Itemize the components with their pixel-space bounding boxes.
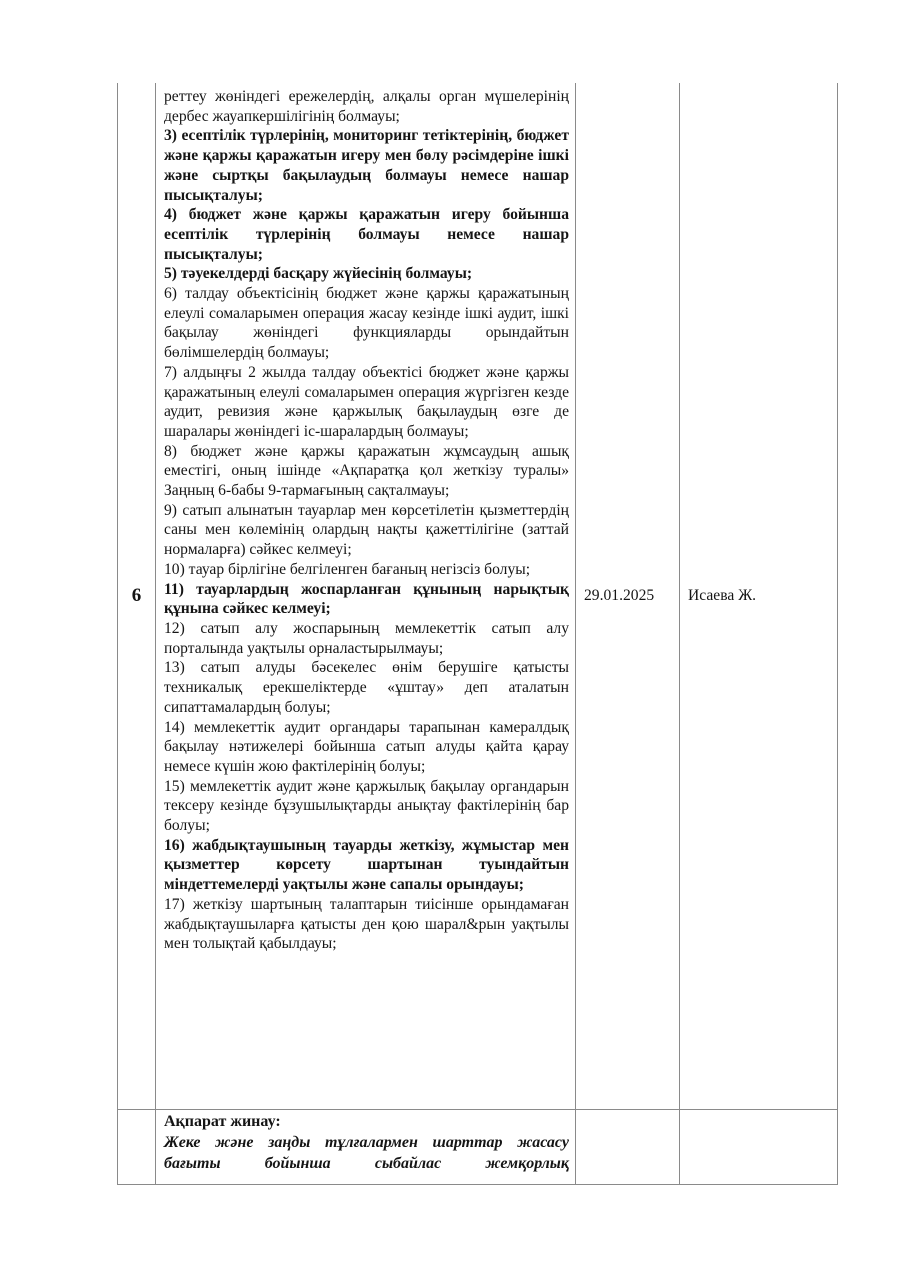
info-collection-cell: Ақпарат жинау: Жеке және заңды тұлғаларм…	[156, 1110, 576, 1185]
risk-factors-cell: реттеу жөніндегі ережелердің, алқалы орг…	[156, 83, 576, 1110]
risk-factor-item: 5) тәуекелдерді басқару жүйесінің болмау…	[164, 264, 569, 284]
risk-factor-item: 6) талдау объектісінің бюджет және қаржы…	[164, 284, 569, 363]
risk-factor-item: 7) алдыңғы 2 жылда талдау объектісі бюдж…	[164, 363, 569, 442]
responsible-cell-empty	[680, 1110, 838, 1185]
section-heading: Ақпарат жинау:	[164, 1112, 569, 1132]
risk-factor-item: 17) жеткізу шартының талаптарын тиісінше…	[164, 895, 569, 954]
risk-factor-item: 11) тауарлардың жоспарланған құнының нар…	[164, 580, 569, 619]
risk-factor-item: реттеу жөніндегі ережелердің, алқалы орг…	[164, 87, 569, 126]
risk-table: 6 реттеу жөніндегі ережелердің, алқалы о…	[117, 83, 838, 1185]
section-subheading: Жеке және заңды тұлғалармен шарттар жаса…	[164, 1132, 569, 1174]
risk-factor-item: 3) есептілік түрлерінің, мониторинг теті…	[164, 126, 569, 205]
risk-factor-item: 12) сатып алу жоспарының мемлекеттік сат…	[164, 619, 569, 658]
row-number-empty	[118, 1110, 156, 1185]
risk-factor-item: 13) сатып алуды бәсекелес өнім берушіге …	[164, 658, 569, 717]
date-cell: 29.01.2025	[576, 83, 680, 1110]
risk-factor-item: 16) жабдықтаушының тауарды жеткізу, жұмы…	[164, 836, 569, 895]
risk-factor-item: 9) сатып алынатын тауарлар мен көрсетіле…	[164, 501, 569, 560]
date-cell-empty	[576, 1110, 680, 1185]
risk-factor-item: 4) бюджет және қаржы қаражатын игеру бой…	[164, 205, 569, 264]
risk-factor-item: 15) мемлекеттік аудит және қаржылық бақы…	[164, 777, 569, 836]
table-row: 6 реттеу жөніндегі ережелердің, алқалы о…	[118, 83, 838, 1110]
row-number: 6	[118, 83, 156, 1110]
risk-factor-item: 8) бюджет және қаржы қаражатын жұмсаудың…	[164, 442, 569, 501]
risk-factor-item: 10) тауар бірлігіне белгіленген бағаның …	[164, 560, 569, 580]
table-row: Ақпарат жинау: Жеке және заңды тұлғаларм…	[118, 1110, 838, 1185]
risk-factor-item: 14) мемлекеттік аудит органдары тарапына…	[164, 718, 569, 777]
responsible-cell: Исаева Ж.	[680, 83, 838, 1110]
